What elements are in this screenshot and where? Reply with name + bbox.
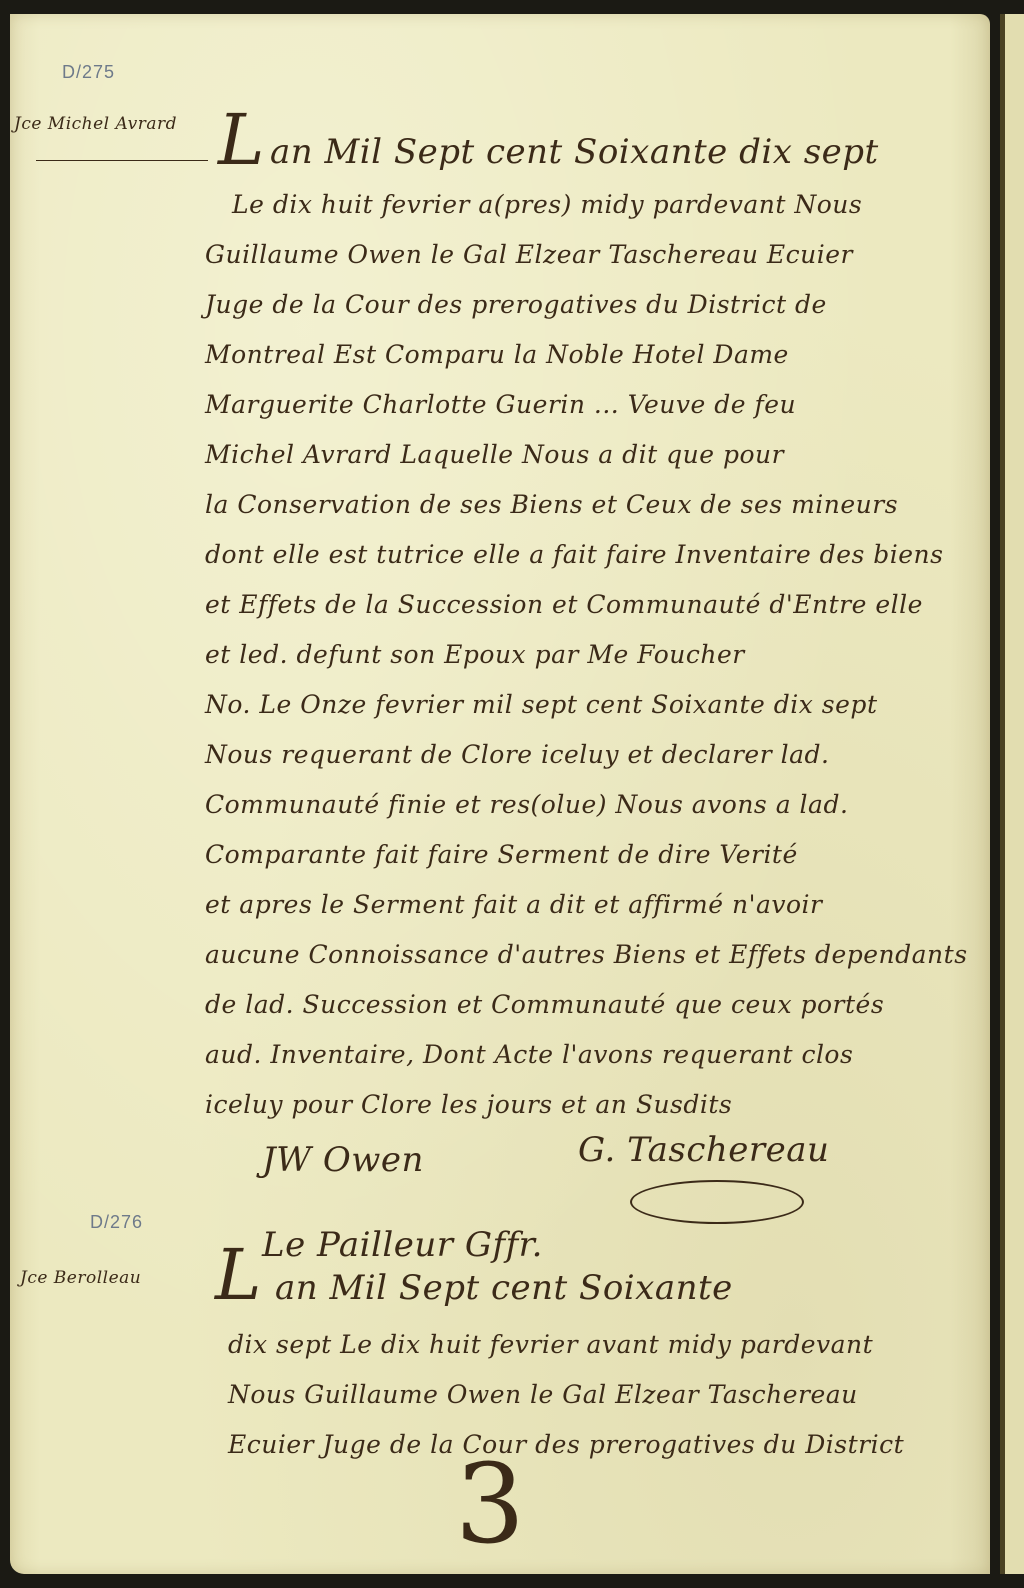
text-line: aucune Connoissance d'autres Biens et Ef… bbox=[205, 940, 968, 969]
text-line: la Conservation de ses Biens et Ceux de … bbox=[205, 490, 898, 519]
text-line: Marguerite Charlotte Guerin ... Veuve de… bbox=[205, 390, 796, 419]
text-line: Le dix huit fevrier a(pres) midy pardeva… bbox=[232, 190, 862, 219]
closing-paraph-mark: 3 bbox=[455, 1440, 526, 1568]
text-line: Michel Avrard Laquelle Nous a dit que po… bbox=[205, 440, 784, 469]
text-line: Juge de la Cour des prerogatives du Dist… bbox=[205, 290, 827, 319]
entry-first-line: an Mil Sept cent Soixante bbox=[275, 1268, 733, 1308]
decorated-initial: L bbox=[215, 1240, 262, 1310]
entry-first-line: an Mil Sept cent Soixante dix sept bbox=[270, 132, 879, 172]
next-page-edge bbox=[1005, 14, 1024, 1574]
text-line: No. Le Onze fevrier mil sept cent Soixan… bbox=[205, 690, 878, 719]
signature-pailleur: Le Pailleur Gffr. bbox=[262, 1225, 543, 1265]
text-line: Ecuier Juge de la Cour des prerogatives … bbox=[228, 1430, 904, 1459]
margin-note: Jce Berolleau bbox=[20, 1268, 141, 1288]
archive-reference: D/276 bbox=[90, 1212, 143, 1233]
text-line: Comparante fait faire Serment de dire Ve… bbox=[205, 840, 798, 869]
text-line: de lad. Succession et Communauté que ceu… bbox=[205, 990, 884, 1019]
margin-underline bbox=[36, 160, 208, 161]
text-line: et Effets de la Succession et Communauté… bbox=[205, 590, 923, 619]
signature-taschereau: G. Taschereau bbox=[578, 1130, 829, 1170]
text-line: aud. Inventaire, Dont Acte l'avons reque… bbox=[205, 1040, 853, 1069]
text-line: dix sept Le dix huit fevrier avant midy … bbox=[228, 1330, 873, 1359]
text-line: dont elle est tutrice elle a fait faire … bbox=[205, 540, 943, 569]
signature-flourish bbox=[630, 1180, 804, 1224]
text-line: et apres le Serment fait a dit et affirm… bbox=[205, 890, 823, 919]
text-line: Montreal Est Comparu la Noble Hotel Dame bbox=[205, 340, 789, 369]
text-line: Communauté finie et res(olue) Nous avons… bbox=[205, 790, 848, 819]
text-line: et led. defunt son Epoux par Me Foucher bbox=[205, 640, 745, 669]
text-line: Nous Guillaume Owen le Gal Elzear Tasche… bbox=[228, 1380, 858, 1409]
signature-owen: JW Owen bbox=[262, 1140, 424, 1180]
archive-reference: D/275 bbox=[62, 62, 115, 83]
decorated-initial: L bbox=[218, 105, 265, 175]
margin-note: Jce Michel Avrard bbox=[14, 114, 177, 134]
text-line: Nous requerant de Clore iceluy et declar… bbox=[205, 740, 829, 769]
text-line: Guillaume Owen le Gal Elzear Taschereau … bbox=[205, 240, 853, 269]
text-line: iceluy pour Clore les jours et an Susdit… bbox=[205, 1090, 732, 1119]
